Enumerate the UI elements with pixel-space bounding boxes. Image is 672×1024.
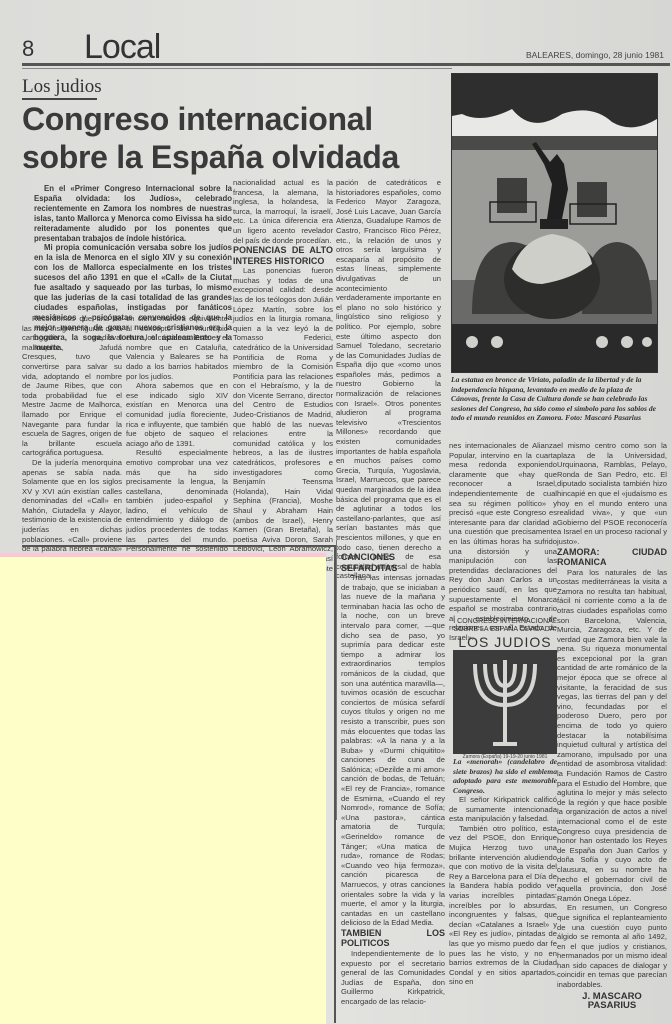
column-5: nes internacionales de Alianza Popular, … [449, 441, 557, 642]
statue-photo-icon [452, 74, 657, 372]
column-4-lower: CANCIONES SEFARDITAS Tras las intensas j… [341, 520, 445, 1007]
dateline: BALEARES, domingo, 28 junio 1981 [526, 50, 664, 60]
paragraph: Independientemente de lo expuesto por el… [341, 949, 445, 1007]
subhead-zamora: ZAMORA: CIUDAD ROMANICA [557, 547, 667, 568]
paragraph: Las ponencias fueron muchas y todas de u… [233, 266, 333, 583]
photo-caption: La estatua en bronce de Viriato, paladín… [451, 375, 657, 423]
congress-poster: I CONGRESO INTERNACIONAL SOBRE LA ESPAÑA… [453, 618, 557, 752]
paragraph: Ahora sabemos que en ese indicado siglo … [126, 381, 228, 448]
sticky-note[interactable] [0, 553, 326, 1024]
poster-top-text: I CONGRESO INTERNACIONAL SOBRE LA ESPAÑA… [453, 618, 557, 634]
subhead-ponencias: PONENCIAS DE ALTO INTERES HISTORICO [233, 245, 333, 266]
section-title: Local [84, 28, 160, 67]
headline: Congreso internacional sobre la España o… [22, 100, 442, 176]
author-signature: J. MASCARO PASARIUS [557, 992, 667, 1011]
paragraph: Tras las intensas jornadas de trabajo, q… [341, 573, 445, 928]
poster-caption: La «menorah» (candelabro de siete brazos… [453, 757, 557, 795]
column-3: nacionalidad actual es la francesa, la a… [233, 178, 333, 583]
subhead-politicos: TAMBIEN LOS POLITICOS [341, 928, 445, 949]
header-rule [22, 63, 670, 66]
column-2: en cierta manera equivalente al concepto… [126, 314, 228, 573]
paragraph: Para los naturales de las costas mediter… [557, 568, 667, 904]
column-divider [336, 540, 337, 820]
column-5-lower: El señor Kirkpatrick calificó de sumamen… [449, 795, 557, 987]
paragraph: el mismo centro como son la plaza de la … [557, 441, 667, 547]
header-rule-thin [22, 68, 452, 69]
paragraph: También otro político, esta vez del PSOE… [449, 824, 557, 987]
page-number: 8 [22, 36, 34, 62]
kicker: Los judios [22, 76, 102, 98]
paragraph: El señor Kirkpatrick calificó de sumamen… [449, 795, 557, 824]
paragraph: en cierta manera equivalente al concepto… [126, 314, 228, 381]
lead-paragraph: En el «Primer Congreso Internacional sob… [34, 184, 232, 243]
column-6: el mismo centro como son la plaza de la … [557, 441, 667, 1011]
newspaper-page: 8 Local BALEARES, domingo, 28 junio 1981… [0, 0, 672, 1024]
column-1: Recordemos que una de las más insignes f… [22, 314, 122, 573]
poster-title: LOS JUDIOS [453, 634, 557, 650]
subhead-canciones: CANCIONES SEFARDITAS [341, 552, 445, 573]
menorah-icon [453, 650, 557, 754]
paragraph: nacionalidad actual es la francesa, la a… [233, 178, 333, 245]
paragraph: Recordemos que una de las más insignes f… [22, 314, 122, 458]
paragraph: En resumen, un Congreso que significa el… [557, 903, 667, 989]
paragraph: nes internacionales de Alianza Popular, … [449, 441, 557, 642]
statue-photo [451, 73, 658, 373]
